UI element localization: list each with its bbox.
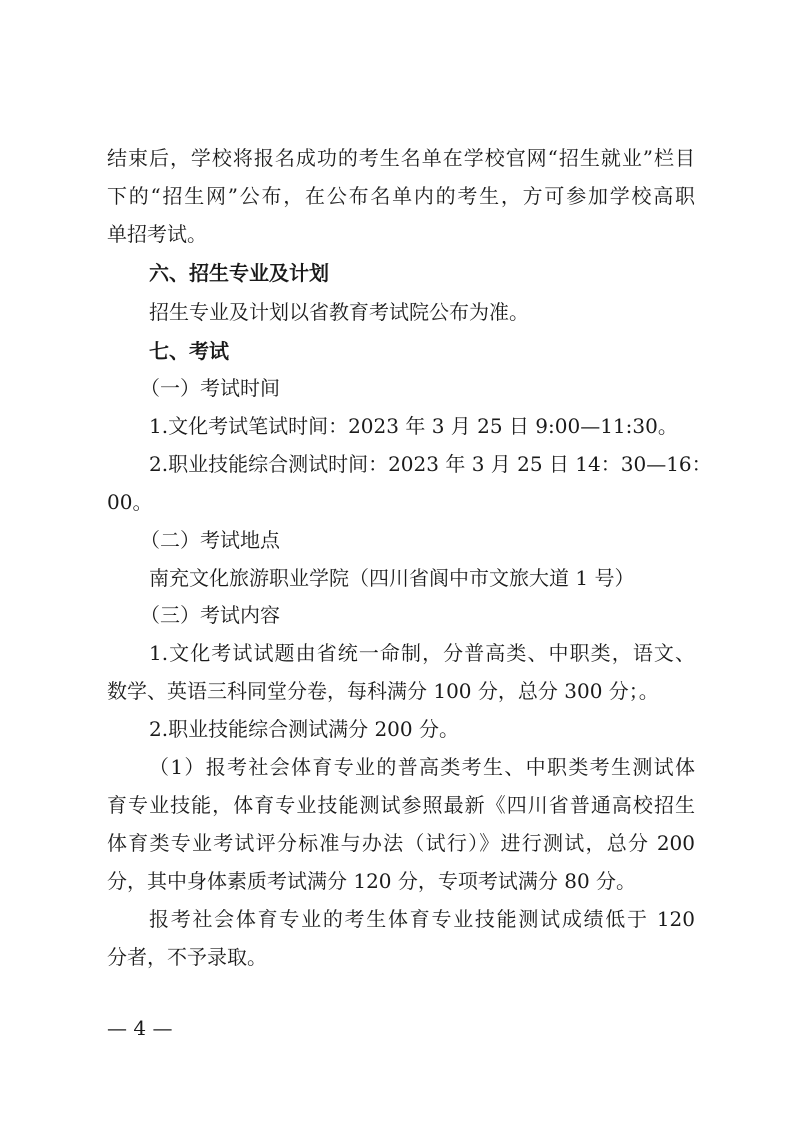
paragraph-line: 数学、英语三科同堂分卷，每科满分 100 分，总分 300 分；。 [107,679,695,703]
subheading-exam-time: （一）考试时间 [140,376,728,400]
paragraph-line: 单招考试。 [107,222,695,246]
paragraph-line: 招生专业及计划以省教育考试院公布为准。 [149,300,695,324]
paragraph-line: 体育类专业考试评分标准与办法（试行）》进行测试，总分 200 [107,831,695,855]
section-heading-exam: 七、考试 [149,339,695,363]
document-page: 结束后，学校将报名成功的考生名单在学校官网“招生就业”栏目 下的“招生网”公布，… [0,0,793,1122]
paragraph-line: 育专业技能，体育专业技能测试参照最新《四川省普通高校招生 [107,793,695,817]
paragraph-line: 结束后，学校将报名成功的考生名单在学校官网“招生就业”栏目 [107,146,695,170]
subheading-exam-content: （三）考试内容 [140,603,728,627]
paragraph-line: 南充文化旅游职业学院（四川省阆中市文旅大道 1 号） [149,566,695,590]
paragraph-line: 1.文化考试笔试时间：2023 年 3 月 25 日 9:00—11:30。 [149,414,695,438]
paragraph-line: 00。 [107,490,695,514]
paragraph-line: 下的“招生网”公布，在公布名单内的考生，方可参加学校高职 [107,184,695,208]
paragraph-line: （1）报考社会体育专业的普高类考生、中职类考生测试体 [149,755,695,779]
page-number: — 4 — [107,1016,172,1040]
paragraph-line: 分，其中身体素质考试满分 120 分，专项考试满分 80 分。 [107,869,695,893]
paragraph-line: 2.职业技能综合测试满分 200 分。 [149,717,695,741]
paragraph-line: 1.文化考试试题由省统一命制，分普高类、中职类，语文、 [149,641,695,665]
section-heading-enrollment-plan: 六、招生专业及计划 [149,261,695,285]
paragraph-line: 报考社会体育专业的考生体育专业技能测试成绩低于 120 [149,907,695,931]
paragraph-line: 分者，不予录取。 [107,945,695,969]
subheading-exam-location: （二）考试地点 [140,528,728,552]
paragraph-line: 2.职业技能综合测试时间：2023 年 3 月 25 日 14：30—16： [149,452,695,476]
